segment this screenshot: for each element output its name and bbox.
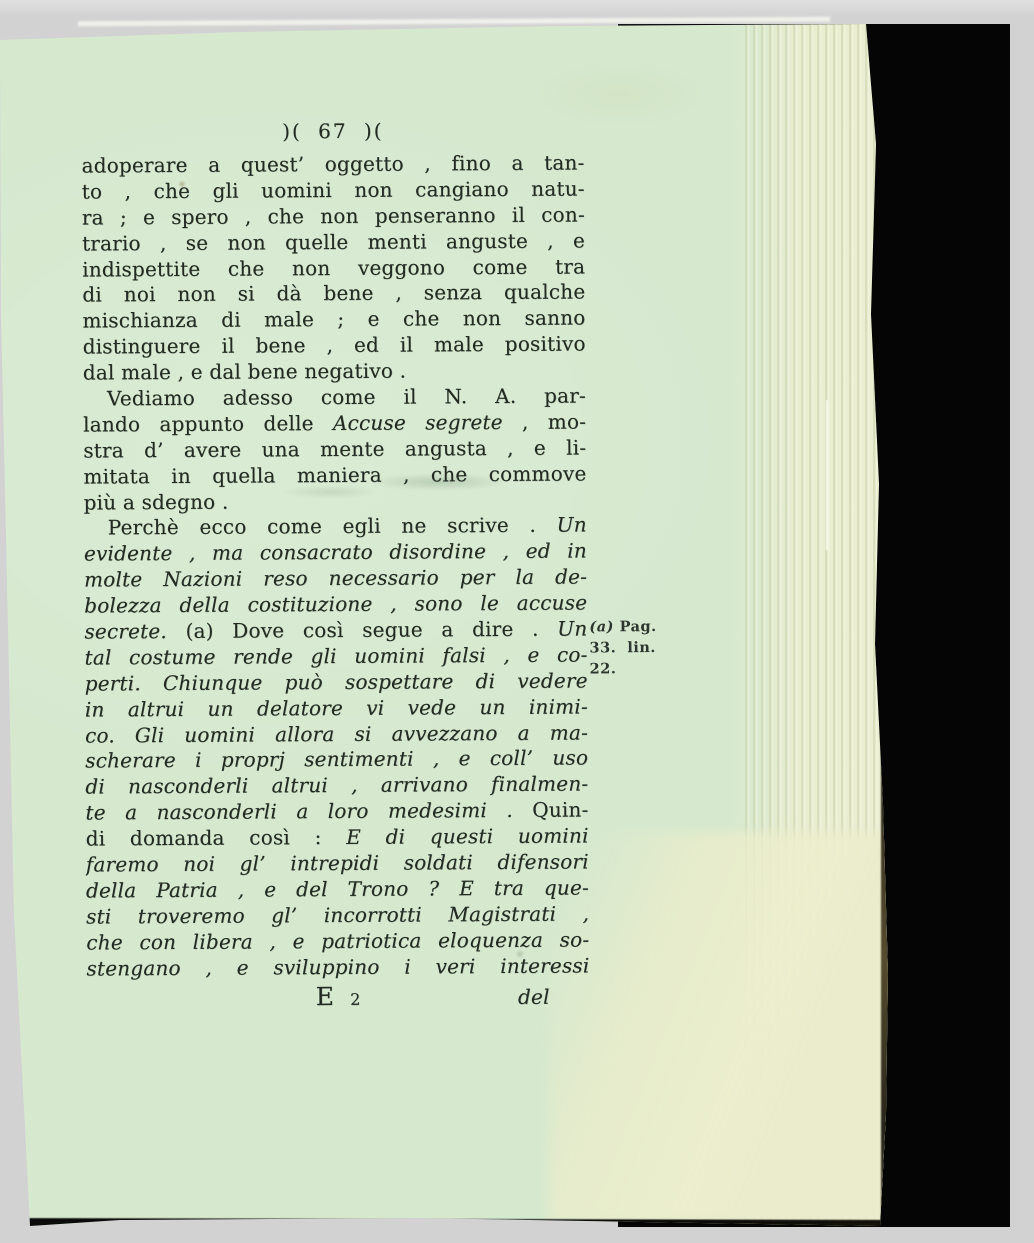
text-line: co. Gli uomini allora si avvezzano a ma- [85, 720, 588, 749]
text-line: perti. Chiunque può sospettare di vedere [85, 668, 588, 697]
text-line: adoperare a quest’ oggetto , fino a tan- [81, 150, 584, 179]
text-line: indispettite che non veggono come tra [82, 254, 585, 283]
text-line: più a sdegno . [84, 487, 587, 516]
text-line: scherare i proprj sentimenti , e coll’ u… [85, 746, 588, 775]
margin-note-lines: (a) Pag.33. lin.22. [589, 616, 699, 680]
text-line: dal male , e dal bene negativo . [83, 358, 586, 387]
text-line: di domanda così : E di questi uomini [86, 824, 589, 853]
book-page: )( 67 )( adoperare a quest’ oggetto , fi… [0, 14, 900, 1232]
scanner-frame-top [0, 0, 1034, 16]
signature-mark: E2 [316, 981, 361, 1010]
text-line: Perchè ecco come egli ne scrive . Un [84, 513, 587, 542]
fore-edge-hairline [826, 400, 828, 550]
margin-note-line: 33. lin. [589, 637, 699, 659]
signature-letter: E [316, 982, 335, 1011]
text-line: molte Nazioni reso necessario per la de- [84, 565, 587, 594]
scanned-book-page: )( 67 )( adoperare a quest’ oggetto , fi… [0, 0, 1034, 1243]
page-curl-highlight [548, 832, 896, 1224]
text-line: Vediamo adesso come il N. A. par- [83, 383, 586, 412]
text-line: in altrui un delatore vi vede un inimi- [85, 694, 588, 723]
footer-line: E2 del [87, 980, 590, 1015]
text-line: stengano , e sviluppino i veri interessi [86, 953, 589, 982]
text-line: trario , se non quelle menti anguste , e [82, 228, 585, 257]
text-line: di noi non si dà bene , senza qualche [82, 280, 585, 309]
text-line: che con libera , e patriotica eloquenza … [86, 927, 589, 956]
page-text: )( 67 )( adoperare a quest’ oggetto , fi… [81, 116, 589, 1015]
page-bottom-shadow [22, 1218, 894, 1230]
text-line: della Patria , e del Trono ? E tra que- [86, 875, 589, 904]
page-number-header: )( 67 )( [81, 116, 584, 149]
text-line: stra d’ avere una mente angusta , e li- [83, 435, 586, 464]
text-line: to , che gli uomini non cangiano natu- [82, 176, 585, 205]
text-line: evidente , ma consacrato disordine , ed … [84, 539, 587, 568]
margin-note-line: (a) Pag. [589, 616, 699, 638]
text-line: bolezza della costituzione , sono le acc… [84, 591, 587, 620]
text-line: tal costume rende gli uomini falsi , e c… [84, 642, 587, 671]
text-line: secrete. (a) Dove così segue a dire . Un [84, 616, 587, 645]
text-line: mischianza di male ; e che non sanno [82, 306, 585, 335]
margin-note: (a) Pag.33. lin.22. [589, 616, 699, 680]
signature-number: 2 [350, 989, 361, 1008]
margin-note-line: 22. [590, 658, 700, 680]
text-line: te a nasconderli a loro medesimi . Quin- [85, 798, 588, 827]
text-line: faremo noi gl’ intrepidi soldati difenso… [86, 850, 589, 879]
text-line: lando appunto delle Accuse segrete , mo- [83, 409, 586, 438]
text-line: sti troveremo gl’ incorrotti Magistrati … [86, 901, 589, 930]
text-lines: adoperare a quest’ oggetto , fino a tan-… [81, 150, 589, 982]
text-line: distinguere il bene , ed il male positiv… [83, 332, 586, 361]
catchword: del [518, 984, 550, 1008]
text-line: ra ; e spero , che non penseranno il con… [82, 202, 585, 231]
text-line: di nasconderli altrui , arrivano finalme… [85, 772, 588, 801]
text-line: mitata in quella maniera , che commove [83, 461, 586, 490]
